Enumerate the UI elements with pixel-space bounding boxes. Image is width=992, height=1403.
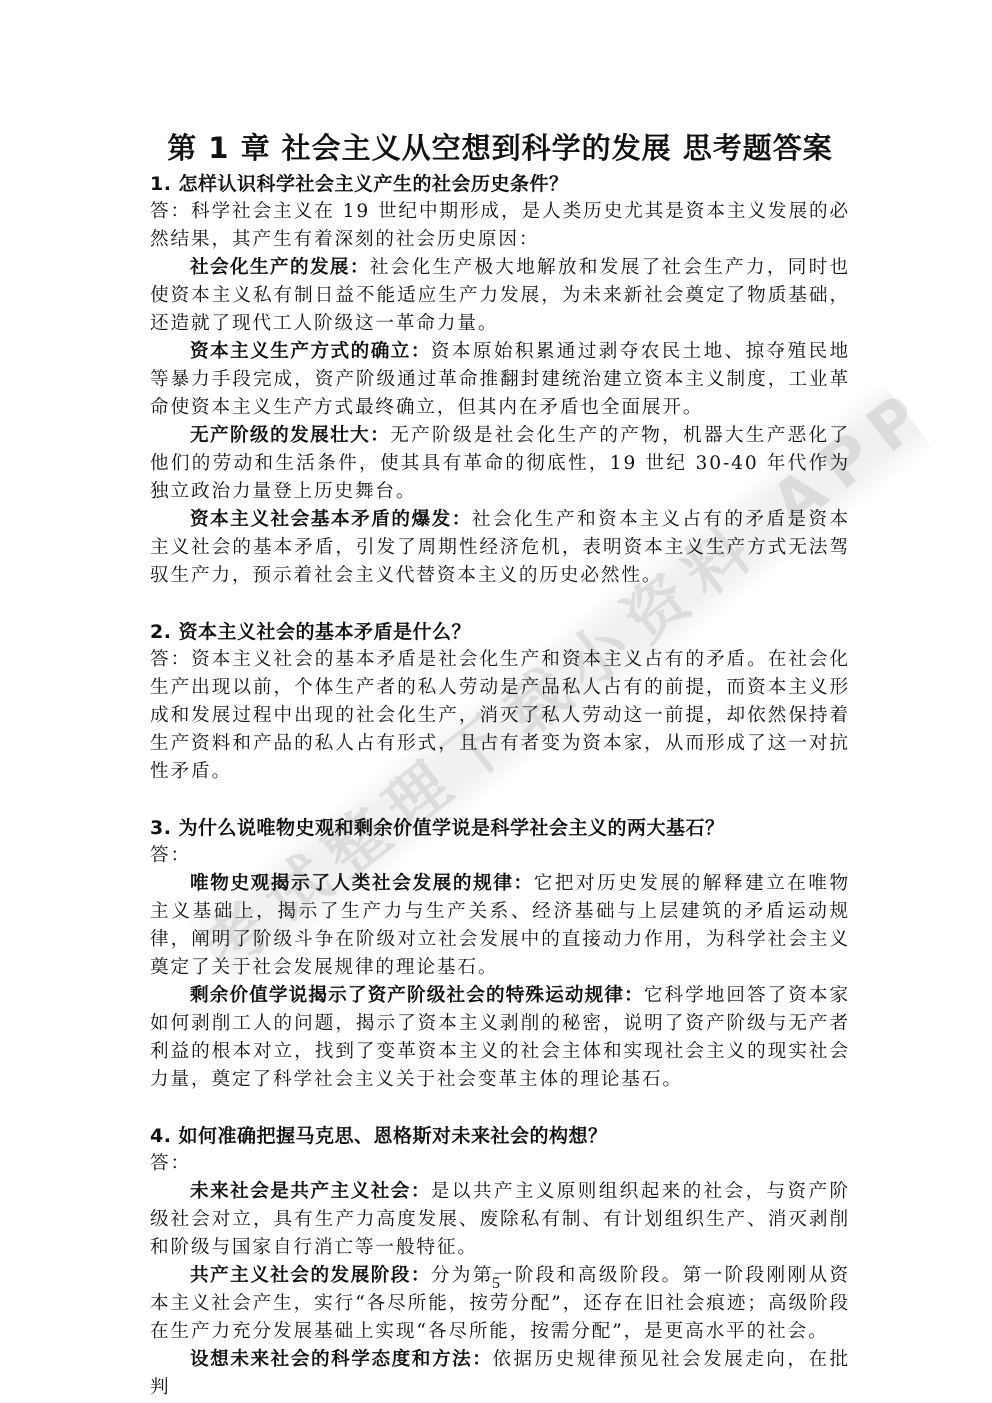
answer-point: 设想未来社会的科学态度和方法：依据历史规律预见社会发展走向，在批判 [150, 1346, 850, 1402]
document-page: 第 1 章 社会主义从空想到科学的发展 思考题答案 1. 怎样认识科学社会主义产… [150, 126, 850, 1402]
spacer [150, 786, 850, 814]
spacer [150, 590, 850, 618]
answer-intro: 答： [150, 1150, 850, 1178]
answer-point: 唯物史观揭示了人类社会发展的规律：它把对历史发展的解释建立在唯物主义基础上，揭示… [150, 870, 850, 982]
question-section-1: 1. 怎样认识科学社会主义产生的社会历史条件？ 答：科学社会主义在 19 世纪中… [150, 170, 850, 590]
answer-point: 资本主义生产方式的确立：资本原始积累通过剥夺农民土地、掠夺殖民地等暴力手段完成，… [150, 338, 850, 422]
spacer [150, 1094, 850, 1122]
point-lead: 资本主义社会基本矛盾的爆发： [190, 509, 472, 530]
chapter-title: 第 1 章 社会主义从空想到科学的发展 思考题答案 [140, 126, 860, 170]
answer-point: 未来社会是共产主义社会：是以共产主义原则组织起来的社会，与资产阶级社会对立，具有… [150, 1178, 850, 1262]
question-heading: 1. 怎样认识科学社会主义产生的社会历史条件？ [150, 170, 850, 198]
question-section-2: 2. 资本主义社会的基本矛盾是什么？ 答：资本主义社会的基本矛盾是社会化生产和资… [150, 618, 850, 786]
question-heading: 4. 如何准确把握马克思、恩格斯对未来社会的构想？ [150, 1122, 850, 1150]
answer-point: 资本主义社会基本矛盾的爆发：社会化生产和资本主义占有的矛盾是资本主义社会的基本矛… [150, 506, 850, 590]
page-number: 5 [0, 1275, 992, 1293]
answer-point: 剩余价值学说揭示了资产阶级社会的特殊运动规律：它科学地回答了资本家如何剥削工人的… [150, 982, 850, 1094]
answer-point: 社会化生产的发展：社会化生产极大地解放和发展了社会生产力，同时也使资本主义私有制… [150, 254, 850, 338]
point-lead: 无产阶级的发展壮大： [190, 425, 390, 446]
point-lead: 社会化生产的发展： [190, 257, 370, 278]
point-lead: 资本主义生产方式的确立： [190, 341, 431, 362]
question-heading: 3. 为什么说唯物史观和剩余价值学说是科学社会主义的两大基石？ [150, 814, 850, 842]
answer-point: 无产阶级的发展壮大：无产阶级是社会化生产的产物，机器大生产恶化了他们的劳动和生活… [150, 422, 850, 506]
answer-text: 答：资本主义社会的基本矛盾是社会化生产和资本主义占有的矛盾。在社会化生产出现以前… [150, 646, 850, 786]
point-lead: 唯物史观揭示了人类社会发展的规律： [190, 873, 534, 894]
point-lead: 设想未来社会的科学态度和方法： [190, 1349, 492, 1370]
question-section-4: 4. 如何准确把握马克思、恩格斯对未来社会的构想？ 答： 未来社会是共产主义社会… [150, 1122, 850, 1402]
answer-intro: 答：科学社会主义在 19 世纪中期形成，是人类历史尤其是资本主义发展的必然结果，… [150, 198, 850, 254]
point-lead: 未来社会是共产主义社会： [190, 1181, 431, 1202]
point-lead: 剩余价值学说揭示了资产阶级社会的特殊运动规律： [190, 985, 644, 1006]
question-section-3: 3. 为什么说唯物史观和剩余价值学说是科学社会主义的两大基石？ 答： 唯物史观揭… [150, 814, 850, 1094]
answer-intro: 答： [150, 842, 850, 870]
question-heading: 2. 资本主义社会的基本矛盾是什么？ [150, 618, 850, 646]
